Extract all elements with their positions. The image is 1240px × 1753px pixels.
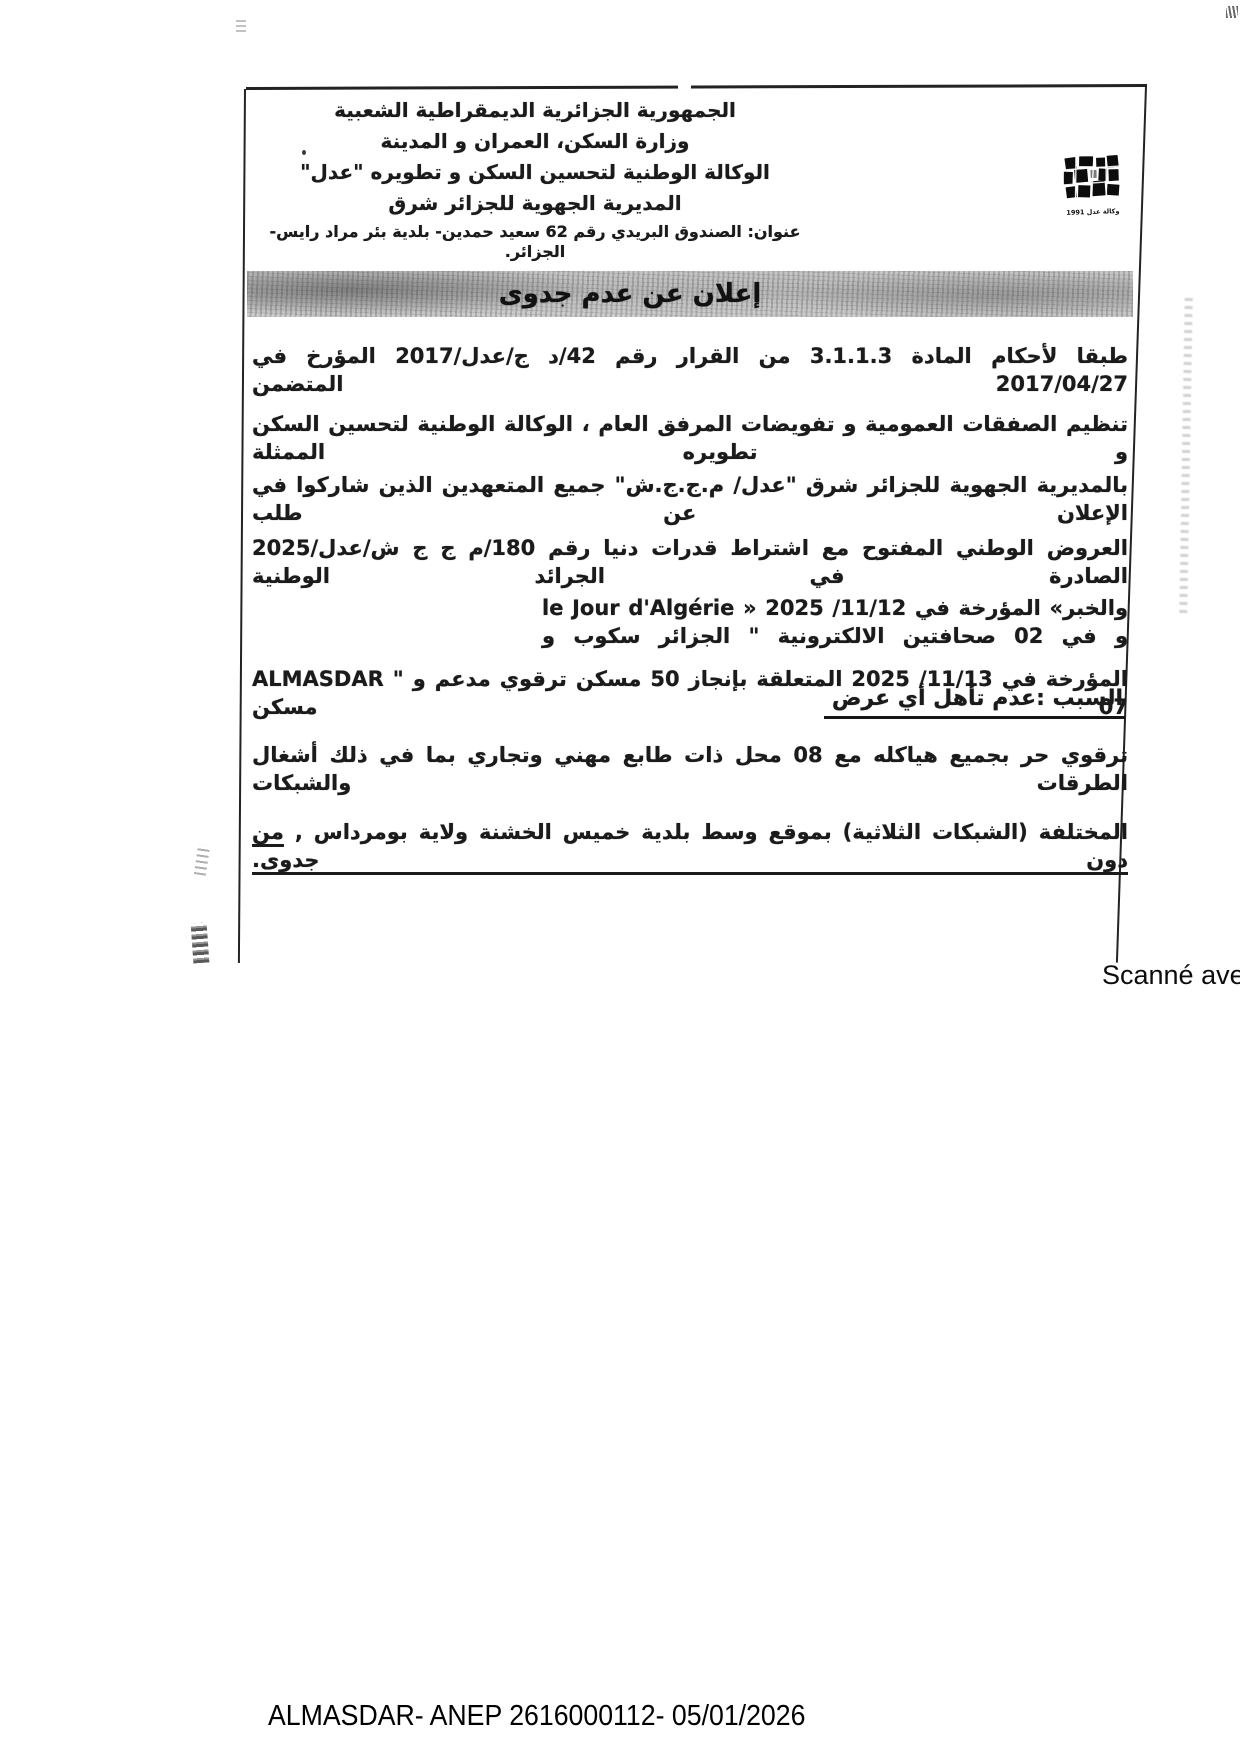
anep-footer-reference: ALMASDAR- ANEP 2616000112- 05/01/2026 <box>268 1700 805 1733</box>
announcement-title: إعلان عن عدم جدوى <box>499 279 762 309</box>
body-line-4: العروض الوطني المفتوح مع اشتراط قدرات دن… <box>252 534 1128 590</box>
body-line-7: ترقوي حر بجميع هياكله مع 08 محل ذات طابع… <box>252 741 1128 797</box>
document-header: الجمهورية الجزائرية الديمقراطية الشعبية … <box>250 98 820 288</box>
frame-left-border <box>238 89 246 963</box>
announcement-title-bar: إعلان عن عدم جدوى <box>247 271 1133 317</box>
scan-smudge <box>191 922 210 963</box>
body-line-5-newspapers: le Jour d'Algérie » والخبر» المؤرخة في 1… <box>542 594 1128 650</box>
body-line-3: بالمديرية الجهوية للجزائر شرق "عدل/ م.ج.… <box>252 471 1128 527</box>
scan-speck <box>236 18 246 32</box>
body-line-8: المختلفة (الشبكات الثلاثية) بموقع وسط بل… <box>252 818 1128 874</box>
announcement-body: طبقا لأحكام المادة 3.1.1.3 من القرار رقم… <box>252 342 1128 874</box>
agency-title: الوكالة الوطنية لتحسين السكن و تطويره "ع… <box>250 160 820 184</box>
postal-address: عنوان: الصندوق البريدي رقم 62 سعيد حمدين… <box>250 222 820 262</box>
scan-speck <box>302 150 306 155</box>
republic-title: الجمهورية الجزائرية الديمقراطية الشعبية <box>250 98 820 122</box>
ministry-title: وزارة السكن، العمران و المدينة <box>250 129 820 153</box>
scanned-document-page: الجمهورية الجزائرية الديمقراطية الشعبية … <box>0 0 1240 1753</box>
aadl-stamp-logo <box>1063 155 1121 205</box>
body-line-8-text: المختلفة (الشبكات الثلاثية) بموقع وسط بل… <box>284 820 1128 844</box>
scan-streak <box>1179 298 1192 613</box>
aadl-stamp: وكالة عدل 1991 <box>1060 155 1124 217</box>
scanner-watermark: Scanné ave <box>1102 960 1240 991</box>
body-line-2: تنظيم الصفقات العمومية و تفويضات المرفق … <box>252 410 1128 466</box>
stamp-caption: وكالة عدل 1991 <box>1062 207 1124 217</box>
scan-speck <box>1226 6 1238 18</box>
reason-line: السبب :عدم تأهل أي عرض <box>824 686 1125 719</box>
frame-top-border <box>246 84 1147 90</box>
directorate-title: المديرية الجهوية للجزائر شرق <box>250 191 820 215</box>
body-line-1: طبقا لأحكام المادة 3.1.1.3 من القرار رقم… <box>252 342 1128 398</box>
scan-smudge <box>194 844 210 875</box>
frame-top-border-gap <box>678 83 691 92</box>
